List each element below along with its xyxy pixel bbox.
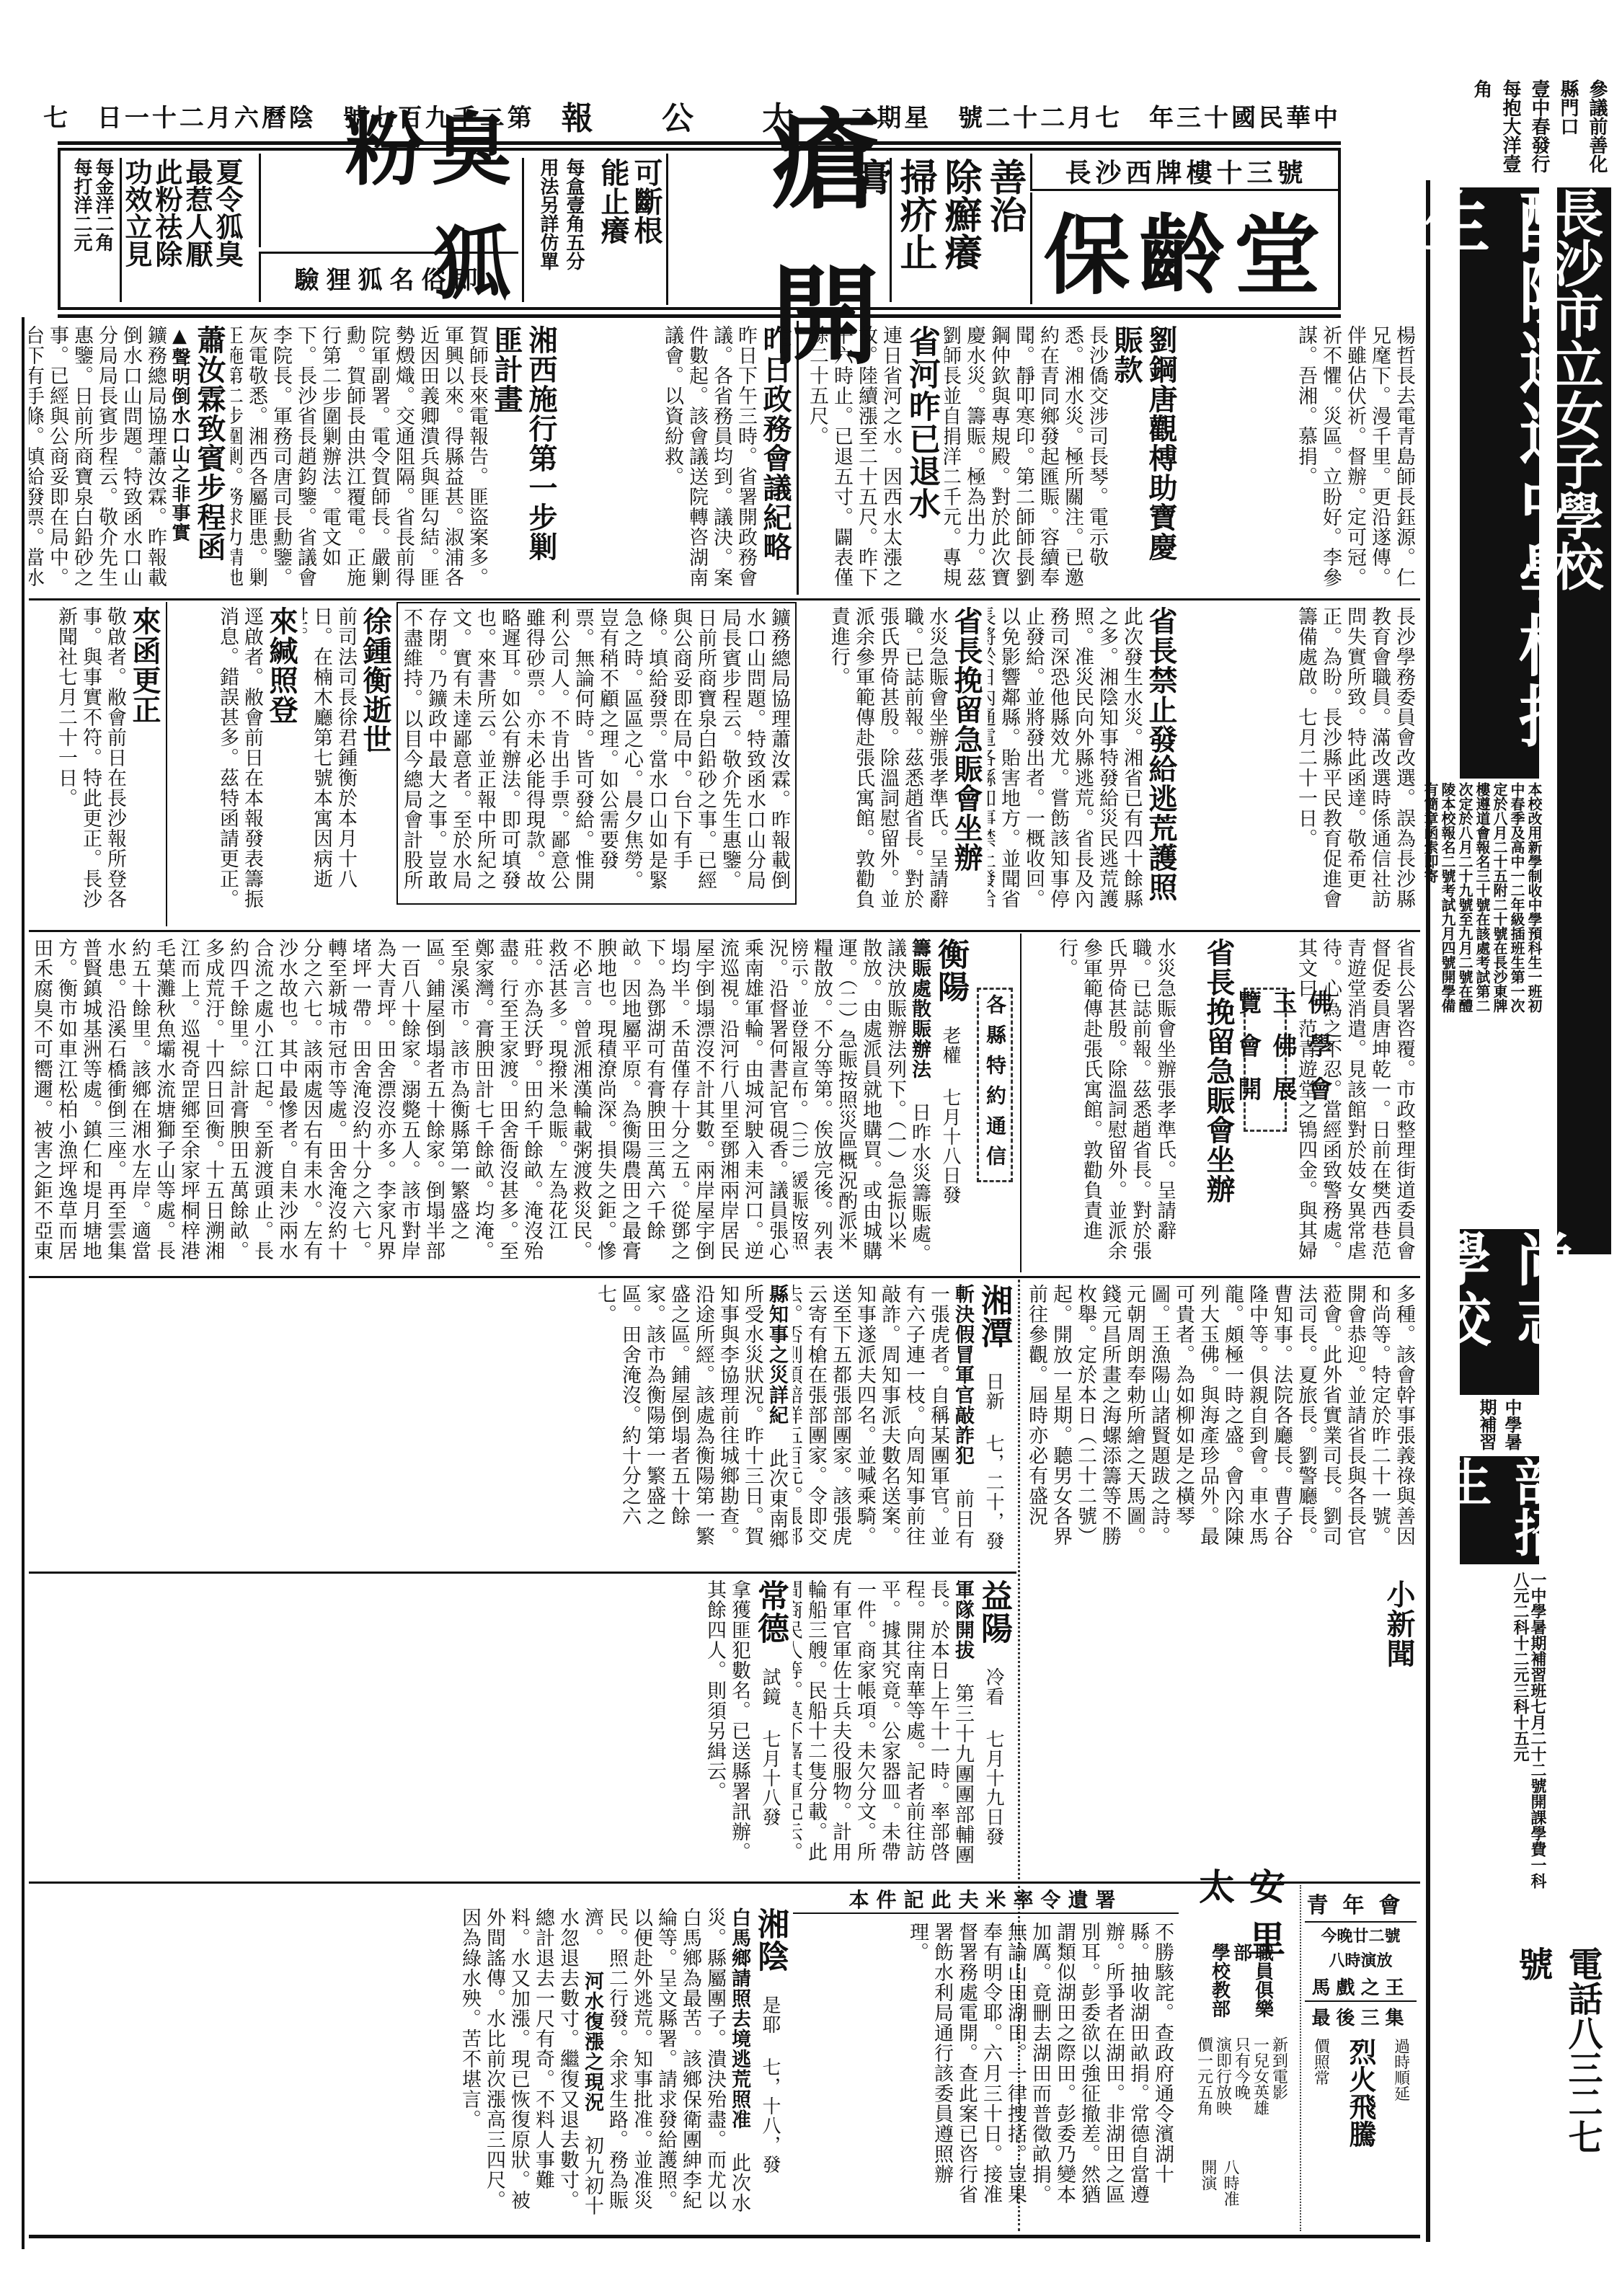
dateline: 七月十九日發: [983, 1729, 1004, 1846]
taian-li-body: 職員俱樂部 學校教部: [1209, 1943, 1274, 2022]
article-body: 逕啟者。敝會前日在本報發表籌振消息。錯誤甚多。茲特函請更正。: [216, 606, 263, 909]
article-body: 賀師長來電報告。匪盜案多。軍興以來。得縣益甚。淑浦各近因田義卿潰兵與匪勾結。匪勢…: [231, 325, 488, 588]
youth-society-ad: 青年會 今晚廿二號 八時演放 馬戲之王 最後三集 過時順延 烈火飛騰 價照常: [1305, 1885, 1417, 2231]
notice-line: 參議前善化縣門口: [1557, 79, 1608, 173]
shangzhi-suffix: 部招生: [1460, 1456, 1539, 1564]
article-headline: 省長禁止發給逃荒護照: [1144, 606, 1178, 902]
row-rule: [29, 598, 1420, 600]
item-body: 此次東南鄉所受水災狀況。昨十三日。賀知事與李協理前往城鄉勘查。沿途所經。該處為衡…: [594, 1284, 788, 1549]
liling-school-body: 本校改用新學制收中學預科生一班初中春季及高中一二年級插班生第一次定於八月二十五附…: [1453, 782, 1543, 1013]
effect-line: 除癬癢: [938, 158, 982, 270]
article-body: 此次發生水災。湘省已有四十餘縣之多。湘陰知事特發給災民逃荒護照。准災民向外縣逃荒…: [988, 606, 1143, 909]
article-xiao-rulin: 蕭汝霖致賓步程函 ▲聲明倒水口山之非事實 鑛務總局協理蕭汝霖。昨報載倒水口山問題…: [29, 321, 231, 595]
item-body: 第三十九團團部輔團長。於本日上午十一時。率部啓程。開往南華等處。記者前往訪平。據…: [793, 1579, 974, 1865]
item-body: 前日有一張虎者。自稱某團軍官。並有六子連一枝。向周知事前往敲詐。周知事派夫數名送…: [793, 1284, 974, 1549]
row-rule: [29, 1572, 1016, 1574]
article-yangxian: 楊哲長去電青島師長鈺源。仁兄麾下。漫千里。更沿遂傳。伴雖佔伏祈。督辦。定可冠。祈…: [1182, 321, 1420, 595]
article-headline: 小新聞: [1382, 1579, 1416, 1668]
lake-field-tax: 不勝駭詫。查政府通令濱湖十縣。抽收湖田畝捐。常德自當遵辦。所爭者在湖田。非湖田之…: [793, 1918, 1179, 2228]
byline: 冷看: [983, 1667, 1004, 1706]
changsha-school-banner: 長沙市立女子學校: [1557, 187, 1611, 1254]
sore-ointment-effects: 善治 除癬癢 掃疥止膏: [890, 158, 1027, 302]
top-right-notice: 參議前善化縣門口 壹中春發行 每抱大洋壹角: [1503, 79, 1611, 180]
item-body: 此次水災。縣屬團子。潰決殆盡。而尤以白馬鄉為最苦。該鄉保衛團紳李紀綸等。呈文縣署…: [581, 1907, 750, 2213]
byline: 試鏡: [759, 1667, 781, 1706]
item-title: 斬決假冒軍官敲詐犯: [952, 1284, 974, 1466]
item-title: 白馬鄉請照去境逃荒照准: [728, 1907, 750, 2129]
effect-line: 善治: [983, 158, 1027, 233]
lake-field-header: 本件記此夫米率令遺署: [793, 1885, 1179, 1914]
taian-li-note: 八時准開演: [1197, 2159, 1241, 2209]
article-body: 前司法司長徐君鍾衡於本月十八日。在楠木廳第七號本寓因病逝世。: [303, 606, 357, 889]
taian-li-title: 太安里: [1182, 1885, 1300, 1936]
article-xiao-rulin-cont: 鑛務總局協理蕭汝霖。昨報載倒水口山問題。特致函水口山分局局長賓步程云。敬介先生惠…: [396, 602, 797, 905]
byline: 老權: [939, 1026, 961, 1065]
page-number: 七: [43, 98, 71, 133]
article-body: 昨日下午三時。省署開政務會議。各省務員均到。議決。案件數起。該會議送院轉咨湖南議…: [661, 325, 757, 588]
small-news-label: 佛學會玉佛展覽會開幕: [1244, 988, 1287, 1132]
usage-line: 每盒壹角五分: [563, 158, 585, 270]
flood-report: 況。沿督署何書記官硯香。議員張心乘南雄軍輪。由城河駛入耒河口。逆流巡視。沿河行八…: [29, 934, 793, 1272]
article-river-recede: 省河昨已退水 連日省河之水。因西水太漲之故。陸續漲至二十五尺。昨下午六時止。已退…: [797, 321, 944, 595]
desc-line: 此粉祛除: [151, 158, 183, 267]
article-body: 鑛務總局協理蕭汝霖。昨報載倒水口山問題。特致函水口山分局局長賓步程云。敬介先生惠…: [29, 325, 167, 588]
article-body: 楊哲長去電青島師長鈺源。仁兄麾下。漫千里。更沿遂傳。伴雖佔伏祈。督辦。定可冠。祈…: [1295, 325, 1415, 588]
article-subhead: ▲聲明倒水口山之非事實: [169, 325, 190, 542]
youth-film-row: 過時順延 烈火飛騰 價照常: [1305, 2038, 1417, 2211]
place-name: 衡陽: [932, 938, 969, 1003]
youth-notice-1: 今晚廿二號: [1305, 1923, 1417, 1947]
claim-line: 可斷根: [629, 158, 663, 244]
article-relief-cont: 長沙學務委員會改選。誤為長沙縣教育會職員。滿改選時係通信社訪問失實所致。特此函達…: [1182, 602, 1420, 926]
place-name: 常德: [752, 1579, 789, 1644]
left-frame: [22, 317, 25, 2249]
fox-powder-desc: 夏令狐臭 最惹人厭 此粉祛除 功效立見: [120, 158, 242, 302]
dateline: 七月十八發: [759, 1729, 781, 1827]
shangzhi-title: 尚志學校: [1460, 1229, 1539, 1395]
place-name: 益陽: [975, 1579, 1012, 1644]
article-headline: 來緘照登: [265, 606, 298, 724]
youth-price: 價照常: [1309, 2038, 1331, 2211]
fox-powder-title: 粉臭狐: [259, 154, 518, 247]
byline: 日新: [983, 1372, 1004, 1411]
article-headline: 省長挽留急賑會坐辦: [949, 606, 983, 872]
ad-bottom-rule: [58, 314, 1341, 318]
bottom-rule: [29, 2235, 1420, 2238]
article-body: 水災急賑會坐辦張孝準氏。呈請辭職。已誌前報。茲悉趙省長。對於張氏畀倚甚殷。除溫詞…: [828, 606, 948, 909]
article-governor-passport: 省長禁止發給逃荒護照 此次發生水災。湘省已有四十餘縣之多。湘陰知事特發給災民逃荒…: [988, 602, 1182, 926]
item-title: 軍隊開拔: [952, 1579, 974, 1660]
dateline: 七，二十，發: [983, 1434, 1004, 1551]
item-title: 縣知事之災詳紀: [766, 1284, 788, 1425]
row-rule: [29, 930, 1420, 932]
usage-line: 用法另詳仿單: [537, 158, 559, 270]
article-headline: 蕭汝霖致賓步程函: [192, 325, 226, 562]
article-body: 敬啟者。敝會前日在長沙報所登各事。與事實不符。特此更正。長沙新聞社七月二十一日。: [55, 606, 126, 909]
article-headline: 徐鍾衡逝世: [358, 606, 392, 754]
show-line: 演即行放映: [1214, 2036, 1232, 2116]
liling-school-title: 醴陵遵道中學校招生: [1460, 187, 1539, 779]
row-rule: [29, 1276, 1420, 1278]
desc-line: 功效立見: [120, 158, 153, 267]
hengyang-cont: 縣知事之災詳紀 此次東南鄉所受水災狀況。昨十三日。賀知事與李協理前往城鄉勘查。沿…: [29, 1280, 793, 1568]
show-line: 一兒女英雄: [1251, 2036, 1269, 2116]
article-body: 長沙僑交涉司長琴。電示敬悉。湘水災。極所關注。已邀約在青同鄉發起匯賑。容續奉聞。…: [944, 325, 1108, 588]
youth-final: 最後三集: [1305, 2002, 1417, 2031]
place-name: 湘潭: [975, 1284, 1012, 1349]
lake-field-body: 不勝駭詫。查政府通令濱湖十縣。抽收湖田畝捐。常德自當遵辦。所爭者在湖田。非湖田之…: [906, 1922, 1174, 2204]
sore-ointment-claims: 可斷根 能止癢: [590, 158, 662, 302]
youth-notice-2: 八時演放: [1305, 1947, 1417, 1972]
article-body: 連日省河之水。因西水太漲之故。陸續漲至二十五尺。昨下午六時止。已退五寸。闢表僅餘…: [806, 325, 902, 588]
fox-powder-subtitle: 驗狸狐名俗即: [259, 252, 518, 302]
xiangtan-correspondence: 湘潭 日新 七，二十，發 斬決假冒軍官敲詐犯 前日有一張虎者。自稱某團軍官。並有…: [793, 1280, 1016, 1568]
article-lai-zhao: 來緘照登 逕啟者。敝會前日在本報發表籌振消息。錯誤甚多。茲特函請更正。: [166, 602, 303, 926]
shangzhi-body: 一中學暑期補習班七月二十二號開課學費一科八元二科十二元三科十五元: [1456, 1572, 1546, 1889]
dateline: 七，十八，發: [759, 2057, 781, 2174]
flood-report-body: 況。沿督署何書記官硯香。議員張心乘南雄軍輪。由城河駛入耒河口。逆流巡視。沿河行八…: [29, 938, 788, 1261]
youth-delay: 過時順延: [1390, 2038, 1412, 2211]
youth-program: 馬戲之王: [1305, 1972, 1417, 2002]
ad-banner-row: 每金洋二角 每打洋二元 夏令狐臭 最惹人厭 此粉祛除 功效立見 粉臭狐 驗狸狐名…: [58, 148, 1341, 310]
notice-line: 每抱大洋壹角: [1471, 79, 1521, 173]
article-headline: 昨日政務會議紀略: [758, 325, 792, 562]
article-xu-zhongheng: 徐鍾衡逝世 前司法司長徐君鍾衡於本月十八日。在楠木廳第七號本寓因病逝世。: [303, 602, 396, 926]
correspondence-banner: 各縣特約通信: [977, 988, 1013, 1182]
article-headline: 來函更正: [128, 606, 161, 724]
price-line: 每金洋二角: [92, 158, 114, 252]
gregorian-date: 號二十二月七: [958, 98, 1122, 133]
article-body: 水災急賑會坐辦張孝準氏。呈請辭職。已誌前報。茲悉趙省長。對於張氏畀倚甚殷。除溫詞…: [1055, 938, 1176, 1261]
article-headline: 劉鋼唐觀榑助寶慶賑款: [1109, 325, 1178, 562]
youth-film: 烈火飛騰: [1341, 2038, 1381, 2211]
body-line: 職員俱樂部: [1231, 1943, 1274, 2018]
baoling-address: 長沙西牌樓十三號: [1030, 154, 1340, 191]
price-line: 每打洋二元: [71, 158, 92, 252]
article-commerce-meeting: 多種。該會幹事張義祿與善因和尚等。特定於昨二十一號。開會恭迎。並請省長與各長官蒞…: [1024, 1280, 1420, 1568]
changde-correspondence: 常德 試鏡 七月十八發 拿獲匪犯數名。已送縣署訊辦。其餘四人。則須另緝云。: [29, 1575, 793, 1878]
sore-ointment-usage: 每盒壹角五分 用法另詳仿單: [522, 158, 587, 302]
republic-year: 年三十國民華中: [1149, 98, 1341, 133]
article-liu-relief: 劉鋼唐觀榑助寶慶賑款 長沙僑交涉司長琴。電示敬悉。湘水災。極所關注。已邀約在青同…: [944, 321, 1182, 595]
article-headline: 湘西施行第一步剿匪計畫: [489, 325, 558, 562]
dateline: 七月十八日發: [939, 1088, 961, 1205]
article-governor-retain: 省長挽留急賑會坐辦 水災急賑會坐辦張孝準氏。呈請辭職。已誌前報。茲悉趙省長。對於…: [797, 602, 988, 926]
article-body: 鑛務總局協理蕭汝霖。昨報載倒水口山問題。特致函水口山分局局長賓步程云。敬介先生惠…: [396, 608, 790, 890]
article-body: 長沙學務委員會改選。誤為長沙縣教育會職員。滿改選時係通信社訪問失實所致。特此函達…: [1295, 606, 1415, 909]
yiyang-correspondence: 益陽 冷看 七月十九日發 軍隊開拔 第三十九團團部輔團長。於本日上午十一時。率部…: [793, 1575, 1016, 1878]
body-line: 學校教部: [1209, 1943, 1231, 2018]
show-line: 只有今晚: [1233, 2036, 1251, 2100]
show-line: 價一元五角: [1195, 2036, 1213, 2116]
fox-powder-price: 每金洋二角 每打洋二元: [63, 158, 114, 302]
place-name: 湘陰: [752, 1907, 789, 1972]
hengyang-correspondence: 衡陽 老權 七月十八日發 籌賑處散賑辦法 日昨水災籌賑處。議決放賑辦法列下。（一…: [793, 934, 973, 1272]
article-headline: 省河昨已退水: [903, 325, 940, 520]
column-rule: [1020, 934, 1021, 1272]
youth-society-title: 青年會: [1305, 1885, 1417, 1923]
article-headline: 省長挽留急賑會坐辦: [1202, 938, 1236, 1204]
changsha-school-title: 長沙市立女子學校: [1545, 187, 1605, 591]
article-body: 多種。該會幹事張義祿與善因和尚等。特定於昨二十一號。開會恭迎。並請省長與各長官蒞…: [1024, 1284, 1415, 1546]
item-title: 河水復漲之現況: [581, 1971, 603, 2112]
article-lai-han: 來函更正 敬啟者。敝會前日在長沙報所登各事。與事實不符。特此更正。長沙新聞社七月…: [29, 602, 166, 926]
desc-line: 夏令狐臭: [211, 158, 244, 267]
shangzhi-mid-label: 中學暑期補習: [1456, 1399, 1543, 1453]
buddha-jade-exhibition: 省長挽留急賑會坐辦 水災急賑會坐辦張孝準氏。呈請辭職。已誌前報。茲悉趙省長。對於…: [1024, 934, 1240, 1272]
phone-number: 電話八三二七號: [1564, 1946, 1608, 2184]
baoling-title: 保齡堂: [1030, 192, 1340, 304]
claim-line: 能止癢: [596, 158, 630, 244]
desc-line: 最惹人厭: [181, 158, 213, 267]
show-line: 新到電影: [1270, 2036, 1288, 2100]
xiangyin-correspondence: 湘陰 是耶 七，十八，發 白馬鄉請照去境逃荒照准 此次水災。縣屬團子。潰決殆盡。…: [29, 1903, 793, 2228]
article-xiangxi-plan: 湘西施行第一步剿匪計畫 賀師長來電報告。匪盜案多。軍興以來。得縣益甚。淑浦各近因…: [231, 321, 562, 595]
taian-li-show: 新到電影 一兒女英雄 只有今晚 演即行放映 價一元五角: [1195, 2036, 1288, 2152]
article-tang-kuncheng: 小新聞: [1024, 1575, 1420, 1878]
byline: 是耶: [759, 1995, 781, 2034]
article-yesterday-council: 昨日政務會議紀略 昨日下午三時。省署開政務會議。各省務員均到。議決。案件數起。該…: [562, 321, 797, 595]
notice-line: 壹中春發行: [1528, 79, 1550, 173]
item-body: 拿獲匪犯數名。已送縣署訊辦。其餘四人。則須另緝云。: [704, 1579, 750, 1862]
item-title: 籌賑處散賑辦法: [908, 938, 931, 1079]
taian-li-ad: 太安里 職員俱樂部 學校教部 新到電影 一兒女英雄 只有今晚 演即行放映 價一元…: [1182, 1885, 1301, 2231]
